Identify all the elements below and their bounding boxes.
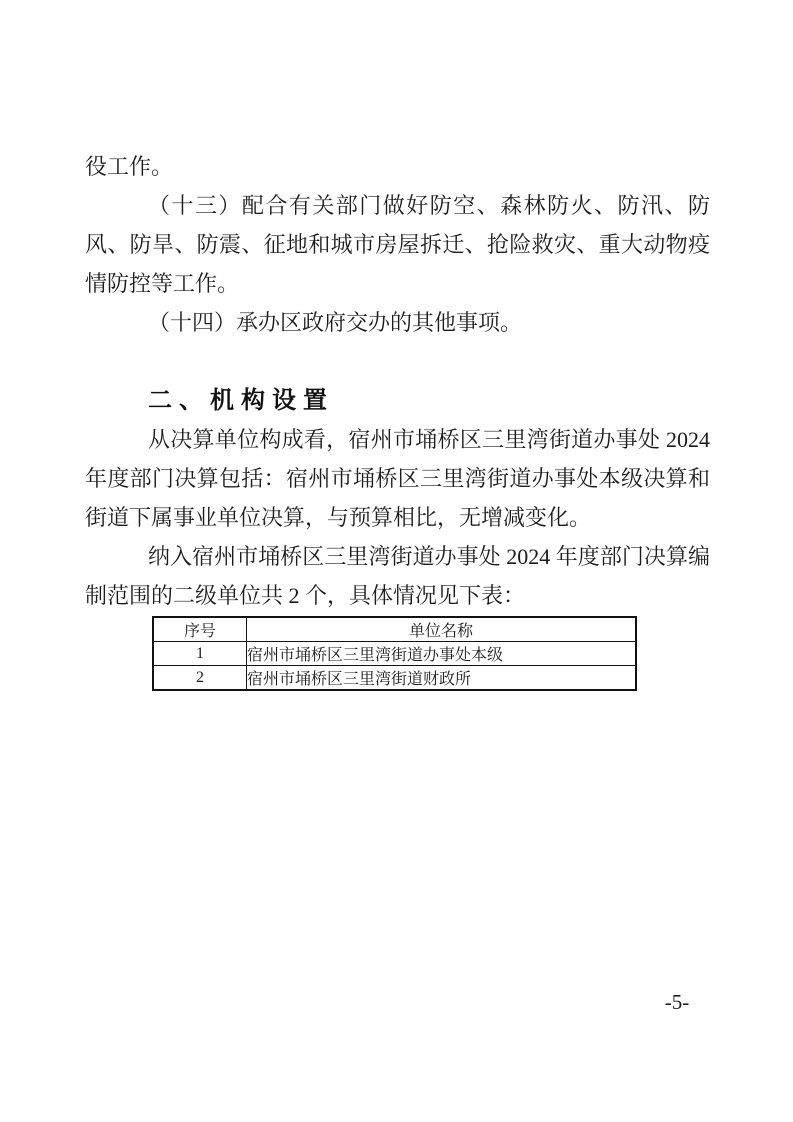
units-table-cell-index: 1 bbox=[153, 642, 247, 666]
paragraph-org-overview: 从决算单位构成看，宿州市埇桥区三里湾街道办事处 2024 年度部门决算包括：宿州… bbox=[85, 420, 710, 537]
document-content: 役工作。 （十三）配合有关部门做好防空、森林防火、防汛、防风、防旱、防震、征地和… bbox=[85, 147, 710, 691]
units-table-cell-unit-name: 宿州市埇桥区三里湾街道办事处本级 bbox=[247, 642, 637, 666]
section-heading-organization-setup: 二、机构设置 bbox=[85, 381, 710, 420]
units-table-cell-unit-name: 宿州市埇桥区三里湾街道财政所 bbox=[247, 666, 637, 691]
document-page: 役工作。 （十三）配合有关部门做好防空、森林防火、防汛、防风、防旱、防震、征地和… bbox=[0, 0, 793, 1122]
units-table-cell-index: 2 bbox=[153, 666, 247, 691]
units-table-row: 1 宿州市埇桥区三里湾街道办事处本级 bbox=[153, 642, 636, 666]
units-table: 序号 单位名称 1 宿州市埇桥区三里湾街道办事处本级 2 宿州市埇桥区三里湾街道… bbox=[152, 616, 637, 691]
units-table-header-index: 序号 bbox=[153, 617, 247, 642]
page-number: -5- bbox=[647, 990, 707, 1015]
paragraph-item-13: （十三）配合有关部门做好防空、森林防火、防汛、防风、防旱、防震、征地和城市房屋拆… bbox=[85, 186, 710, 303]
units-table-header-row: 序号 单位名称 bbox=[153, 617, 636, 642]
units-table-header-unit-name: 单位名称 bbox=[247, 617, 637, 642]
paragraph-continuation: 役工作。 bbox=[85, 147, 710, 186]
paragraph-org-scope: 纳入宿州市埇桥区三里湾街道办事处 2024 年度部门决算编制范围的二级单位共 2… bbox=[85, 537, 710, 615]
units-table-row: 2 宿州市埇桥区三里湾街道财政所 bbox=[153, 666, 636, 691]
paragraph-item-14: （十四）承办区政府交办的其他事项。 bbox=[85, 303, 710, 342]
